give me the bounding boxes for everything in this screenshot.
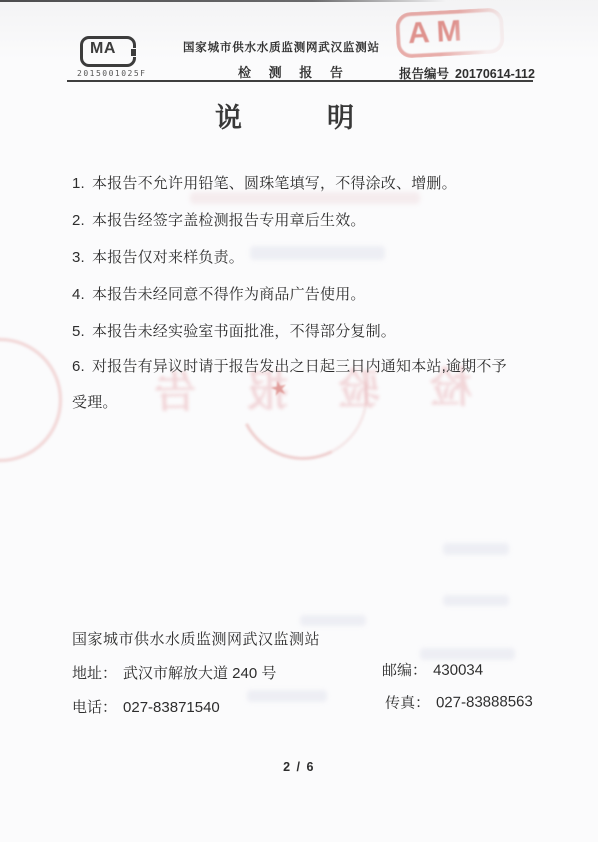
note-text: 本报告经签字盖检测报告专用章后生效。 xyxy=(92,212,366,229)
postcode-label: 邮编： xyxy=(382,662,427,679)
note-text: 对报告有异议时请于报告发出之日起三日内通知本站,逾期不予 xyxy=(92,358,507,375)
note-item-2: 2.本报告经签字盖检测报告专用章后生效。 xyxy=(72,209,552,230)
bleedthrough-smudge xyxy=(190,192,420,204)
note-number: 2. xyxy=(72,212,92,229)
footer-organization-name: 国家城市供水水质监测网武汉监测站 xyxy=(72,628,320,649)
note-item-1: 1.本报告不允许用铅笔、圆珠笔填写，不得涂改、增删。 xyxy=(72,172,552,193)
scanned-report-page: MA 2015001025F 国家城市供水水质监测网武汉监测站 检 测 报 告 … xyxy=(0,0,598,842)
postcode-value: 430034 xyxy=(433,662,483,679)
phone-value: 027-83871540 xyxy=(123,699,220,716)
report-number-value: 20170614-112 xyxy=(455,67,535,81)
footer-phone: 电话：027-83871540 xyxy=(72,696,220,717)
bleedthrough-smudge xyxy=(443,543,509,555)
note-number: 6. xyxy=(72,358,92,375)
fax-value: 027-83888563 xyxy=(436,693,533,711)
note-item-3: 3.本报告仅对来样负责。 xyxy=(72,246,552,267)
address-label: 地址： xyxy=(72,665,117,682)
footer-fax: 传真：027-83888563 xyxy=(385,690,533,713)
note-number: 3. xyxy=(72,249,92,266)
header-divider-line xyxy=(67,80,533,82)
report-number-label: 报告编号 xyxy=(399,67,449,81)
footer-postcode: 邮编：430034 xyxy=(382,659,483,681)
scan-edge-artifact xyxy=(0,0,446,2)
note-text: 本报告仅对来样负责。 xyxy=(92,249,244,266)
bleedthrough-smudge xyxy=(300,615,366,626)
phone-label: 电话： xyxy=(72,699,117,716)
cma-accreditation-logo: MA xyxy=(80,36,136,67)
note-number: 4. xyxy=(72,286,92,303)
cma-certificate-number: 2015001025F xyxy=(77,69,146,78)
bleedthrough-round-stamp-left xyxy=(0,338,62,462)
fax-label: 传真： xyxy=(385,694,430,712)
page-title: 说 明 xyxy=(0,96,570,135)
document-type-title: 检 测 报 告 xyxy=(238,62,350,81)
note-text: 受理。 xyxy=(72,394,118,411)
note-text: 本报告未经同意不得作为商品广告使用。 xyxy=(92,286,366,303)
cma-logo-letters: MA xyxy=(90,40,116,58)
note-text: 本报告未经实验室书面批准，不得部分复制。 xyxy=(92,323,396,340)
header-organization-name: 国家城市供水水质监测网武汉监测站 xyxy=(183,39,380,55)
note-text: 本报告不允许用铅笔、圆珠笔填写，不得涂改、增删。 xyxy=(92,175,457,192)
note-number: 5. xyxy=(72,323,92,340)
note-item-6: 6.对报告有异议时请于报告发出之日起三日内通知本站,逾期不予 xyxy=(72,355,552,376)
red-stamp-letters: AM xyxy=(407,14,469,51)
footer-address: 地址：武汉市解放大道 240 号 xyxy=(72,662,276,683)
cma-logo-dot xyxy=(131,49,136,56)
note-item-5: 5.本报告未经实验室书面批准，不得部分复制。 xyxy=(72,320,552,341)
address-value: 武汉市解放大道 240 号 xyxy=(123,665,276,682)
page-number: 2 / 6 xyxy=(0,760,598,774)
red-stamp-fragment: AM xyxy=(395,7,505,59)
bleedthrough-smudge xyxy=(443,595,509,606)
bleedthrough-smudge xyxy=(247,690,327,702)
note-item-4: 4.本报告未经同意不得作为商品广告使用。 xyxy=(72,283,552,304)
note-number: 1. xyxy=(72,175,92,192)
note-item-6-continued: 受理。 xyxy=(72,391,552,412)
